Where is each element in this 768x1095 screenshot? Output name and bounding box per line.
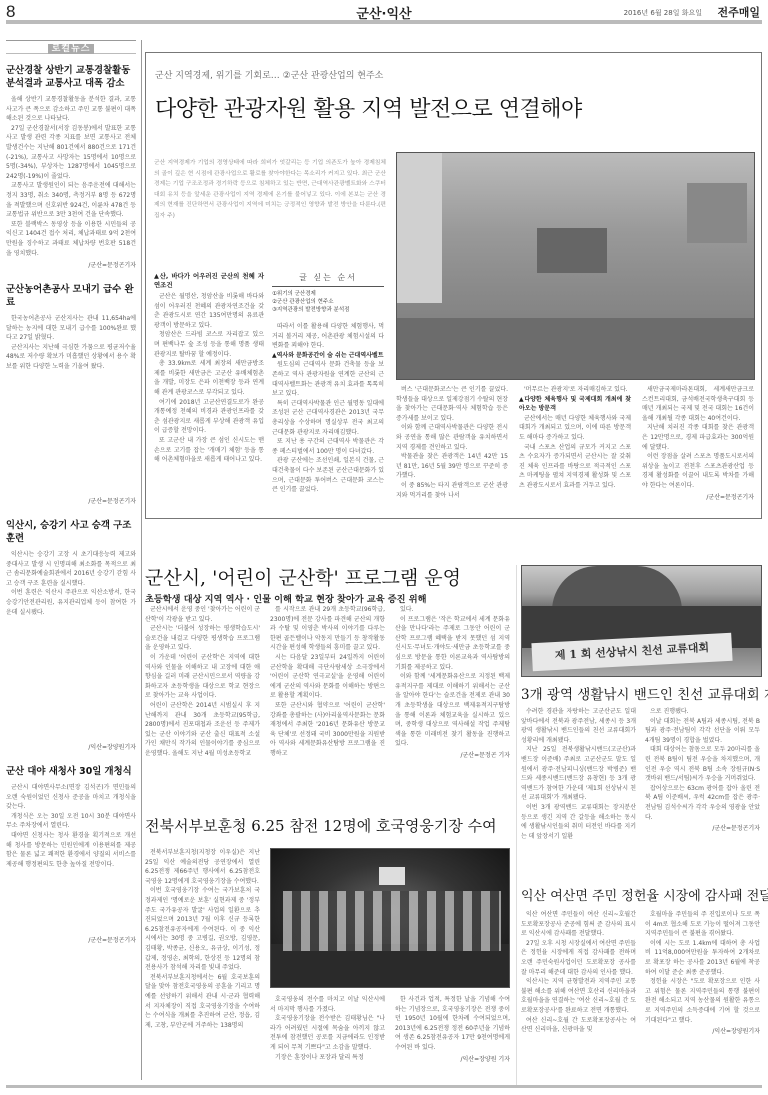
kids-col-2: 를 시작으로 관내 29개 초등학교(96학급, 2300명)에 전문 강사를 … [270,605,385,759]
yeosan-headline: 익산 여산면 주민 정헌율 시장에 감사패 전달 [521,885,768,904]
feature-kicker: 군산 지역경제, 위기를 기회로… ②군산 관광산업의 현주소 [155,68,383,81]
feature-headline: 다양한 관광자원 활용 지역 발전으로 연결해야 [155,92,755,123]
newspaper-brand: 전주매일 [717,4,760,20]
feature-col-3: 버스 '근대문화코스'는 큰 인기를 끌었다. 학생들을 대상으로 일제강점기 … [396,385,508,510]
byline: /군산=문정곤기자 [6,260,136,269]
fishing-col-2: 으로 진행됐다.이날 대회는 전북 A팀과 세종시팀, 전북 B팀과 광주·전남… [645,707,760,834]
sidebar-local-news: 로컬뉴스 군산경찰 상반기 교통경찰활동 분석결과 교통사고 대폭 감소 올해 … [6,40,136,944]
byline: /익산=장양원기자 [645,1027,760,1037]
veterans-col-1: 전북서부보훈지청(지청장 이우실)은 지난 25일 익산 예술의전당 공연장에서… [145,848,260,1030]
byline: /군산=문정곤 기자 [395,751,510,761]
kids-col-1: 군산시에서 운영 중인 '찾아가는 어린이 군산학'이 각광을 받고 있다.군산… [145,605,260,759]
article-title: 군산농어촌공사 모내기 급수 완료 [6,283,136,309]
veterans-photo [270,848,510,988]
feature-photo-gunsan-street [396,152,755,380]
yeosan-col-1: 익산 여산면 주민들이 여산 신리~호월간 도로확포장공사 준공에 힘써 준 감… [521,910,636,1035]
article-body: 한국농어촌공사 군산지사는 관내 11,654ha에 달하는 농지에 대한 모내… [6,314,136,494]
sidebar-article-police: 군산경찰 상반기 교통경찰활동 분석결과 교통사고 대폭 감소 올해 상반기 교… [6,64,136,269]
feature-col-2: 글 싣는 순서 ①위기의 군산경제 ②군산 관광산업의 현주소 ③지역관광의 발… [272,272,384,495]
byline: /군산=문정곤기자 [6,496,136,505]
byline: /군산=문정곤기자 [642,493,754,503]
column-divider [141,40,142,1080]
kids-col-3: 있다.이 프로그램은 '작은 학교에서 세계 문화유산을 만나다'라는 주제로 … [395,605,510,761]
sidebar-article-farm: 군산농어촌공사 모내기 급수 완료 한국농어촌공사 군산지사는 관내 11,65… [6,283,136,505]
feature-col-5: 새만금국제마라톤대회, 세계새만금크로스컨트리대회, 금석배전국학생축구대회 등… [642,385,754,502]
yeosan-col-2: 호월마을 주민들의 주 진입로이나 도로 폭이 4m로 협소해 도로 기능이 떨… [645,910,760,1037]
veterans-headline: 전북서부보훈청 6.25 참전 12명에 호국영웅기장 수여 [145,815,497,836]
fishing-photo: 제 1 회 선상낚시 친선 교류대회 [521,565,762,677]
article-body: 올해 상반기 교통경찰활동을 분석한 결과, 교통사고가 큰 폭으로 감소하고 … [6,95,136,258]
sidebar-article-daeya: 군산 대야 새청사 30일 개청식 군산시 대야면사무소(면장 김석곤)가 면민… [6,765,136,944]
article-body: 익산시는 승강기 고장 시 초기대응능력 제고와 중대사고 발생 시 인명피해 … [6,550,136,740]
column-divider [516,565,517,1085]
feature-col-4: '머무르는 관광지'로 자리매김하고 있다. ▲다양한 체육행사 및 국제대회 … [519,385,631,491]
feature-col-1: ▲산, 바다가 어우러진 군산의 천혜 자연조건 군산은 월명산, 청암산을 비… [154,272,264,465]
byline: /군산=문정곤기자 [6,935,136,944]
header-rule [6,20,762,24]
article-title: 군산경찰 상반기 교통경찰활동 분석결과 교통사고 대폭 감소 [6,64,136,90]
byline: /익산=장양원 기자 [395,1055,510,1065]
fishing-headline: 3개 광역 생활낚시 밴드인 친선 교류대회 개최 [521,683,768,703]
local-news-logo: 로컬뉴스 [6,40,136,54]
byline: /군산=문정곤기자 [645,824,760,834]
kids-headline: 군산시, '어린이 군산학' 프로그램 운영 [145,563,461,590]
article-title: 익산시, 승강기 사고 승객 구조 훈련 [6,519,136,545]
kids-subhead: 초등학생 대상 지역 역사 · 인물 이해 학교 현장 찾아가 교육 증진 위해 [145,591,427,605]
fishing-col-1: 수려한 경관을 자랑하는 고군산군도 일대 앞바다에서 전북과 광주전남, 세종… [521,707,636,841]
article-title: 군산 대야 새청사 30일 개청식 [6,765,136,778]
sidebar-article-elevator: 익산시, 승강기 사고 승객 구조 훈련 익산시는 승강기 고장 시 초기대응능… [6,519,136,751]
series-order-box: 글 싣는 순서 ①위기의 군산경제 ②군산 관광산업의 현주소 ③지역관광의 발… [272,272,384,314]
bottom-rule [6,1085,762,1088]
issue-date: 2016년 6월 28일 화요일 [624,8,702,18]
veterans-col-3: 한 사건과 업적, 특정한 날을 기념해 수여하는 기념장으로, 호국영웅기장은… [395,995,510,1064]
article-body: 군산시 대야면사무소(면장 김석곤)가 면민들의 오랜 숙원이었던 신청사 준공… [6,783,136,933]
byline: /익산=장양원기자 [6,742,136,751]
feature-lede: 군산 지역경제가 기업의 경영상태에 따라 희비가 엇갈리는 등 기업 의존도가… [154,158,386,222]
veterans-col-2: 호국영웅의 전수를 마치고 이날 익산시에서 마지막 행사를 가졌다.호국영웅기… [270,995,385,1062]
